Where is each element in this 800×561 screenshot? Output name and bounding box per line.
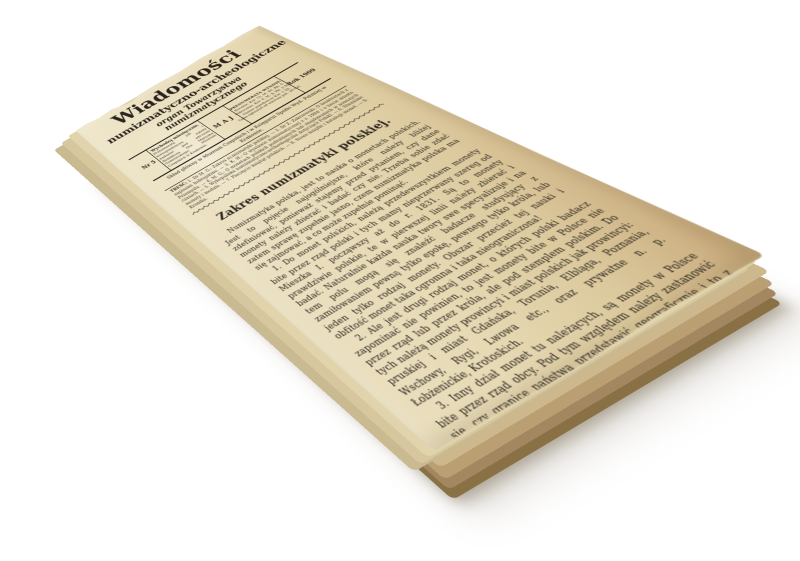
- journal-photo: Wiadomości numizmatyczno-archeologiczne …: [0, 0, 800, 561]
